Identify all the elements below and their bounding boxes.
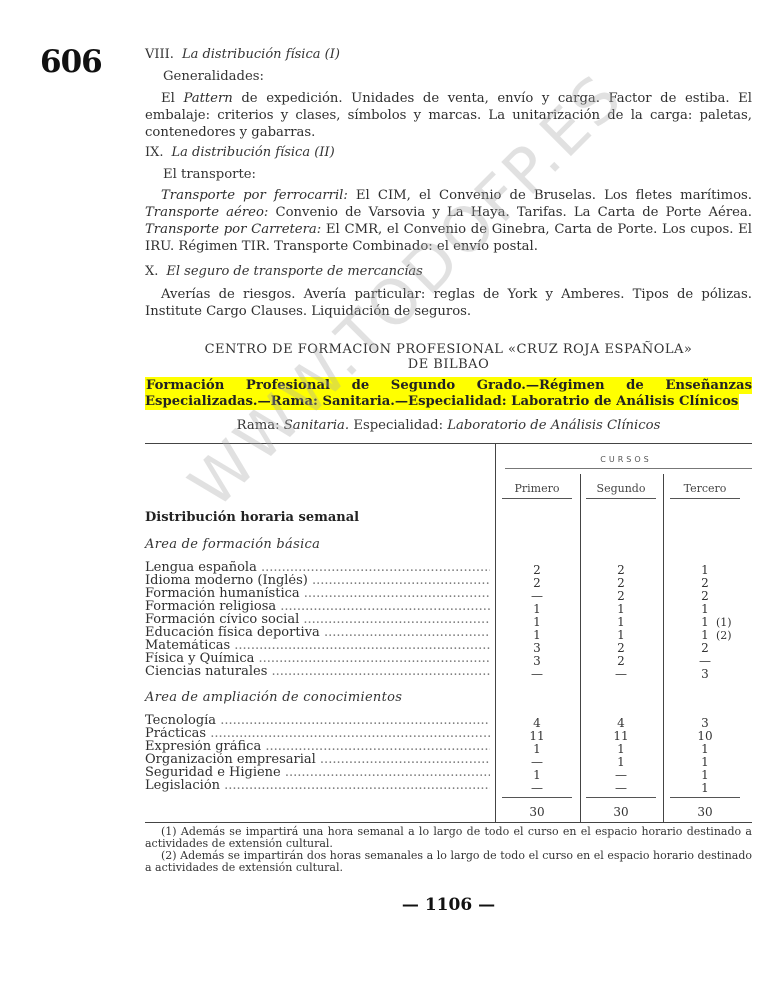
table-bottom-rule bbox=[145, 822, 752, 823]
rama-label: Rama: bbox=[237, 418, 280, 433]
italic-run: Transporte por ferrocarril: bbox=[161, 188, 348, 203]
text-run: El bbox=[161, 91, 183, 106]
footnote-ref: (2) bbox=[716, 629, 732, 642]
group-heading: Area de formación básica bbox=[145, 537, 320, 552]
table-cell: — bbox=[507, 668, 567, 681]
table-row-subject: Formación religiosa ....................… bbox=[145, 600, 490, 613]
page-header-number: 606 bbox=[40, 44, 102, 80]
table-row-subject: Ciencias naturales .....................… bbox=[145, 665, 490, 678]
especialidad-value: Laboratorio de Análisis Clínicos bbox=[447, 418, 660, 433]
subject-name: Prácticas bbox=[145, 727, 206, 740]
table-row-subject: Seguridad e Higiene ....................… bbox=[145, 766, 490, 779]
total-rule bbox=[670, 797, 740, 798]
table-row-subject: Organización empresarial ...............… bbox=[145, 753, 490, 766]
table-row-subject: Matemáticas ............................… bbox=[145, 639, 490, 652]
table-row-subject: Prácticas ..............................… bbox=[145, 727, 490, 740]
text-run: Averías de riesgos. Avería particular: r… bbox=[145, 287, 752, 319]
footnote-ref: (1) bbox=[716, 616, 732, 629]
center-title: CENTRO DE FORMACION PROFESIONAL «CRUZ RO… bbox=[145, 342, 752, 372]
especialidad-label: Especialidad: bbox=[353, 418, 443, 433]
subject-name: Formación humanística bbox=[145, 587, 300, 600]
italic-run: Transporte aéreo: bbox=[145, 205, 268, 220]
table-top-rule bbox=[145, 443, 752, 444]
center-title-line2: DE BILBAO bbox=[145, 357, 752, 372]
subject-name: Ciencias naturales bbox=[145, 665, 267, 678]
section-heading-ix: IX.La distribución física (II) bbox=[145, 145, 335, 160]
table-vline bbox=[663, 474, 664, 822]
subject-name: Seguridad e Higiene bbox=[145, 766, 281, 779]
subject-name: Idioma moderno (Inglés) bbox=[145, 574, 308, 587]
section-title: La distribución física (I) bbox=[182, 47, 340, 62]
leader-dots: ........................................… bbox=[276, 600, 490, 613]
section-heading-viii: VIII.La distribución física (I) bbox=[145, 47, 340, 62]
text-run: de expedición. Unidades de venta, envío … bbox=[145, 91, 752, 140]
footnote-1: (1) Además se impartirá una hora semanal… bbox=[145, 826, 752, 850]
text-run: Convenio de Varsovia y La Haya. Tarifas.… bbox=[268, 205, 752, 220]
cursos-label: CURSOS bbox=[500, 455, 752, 464]
column-header-rule bbox=[670, 498, 740, 499]
table-vline bbox=[495, 443, 496, 822]
rama-line: Rama: Sanitaria. Especialidad: Laborator… bbox=[145, 418, 752, 433]
leader-dots: ........................................… bbox=[254, 652, 490, 665]
section-body: Transporte por ferrocarril: El CIM, el C… bbox=[145, 187, 752, 255]
table-row-subject: Legislación ............................… bbox=[145, 779, 490, 792]
column-header-rule bbox=[586, 498, 656, 499]
subject-name: Organización empresarial bbox=[145, 753, 316, 766]
section-roman: IX. bbox=[145, 145, 164, 160]
subject-name: Legislación bbox=[145, 779, 220, 792]
table-row-subject: Formación humanística ..................… bbox=[145, 587, 490, 600]
section-heading-x: X.El seguro de transporte de mercancías bbox=[145, 264, 423, 279]
subject-name: Formación religiosa bbox=[145, 600, 276, 613]
table-row-subject: Formación cívico social ................… bbox=[145, 613, 490, 626]
footnote-2: (2) Además se impartirán dos horas seman… bbox=[145, 850, 752, 874]
subject-name: Formación cívico social bbox=[145, 613, 299, 626]
subject-name: Educación física deportiva bbox=[145, 626, 320, 639]
section-subtitle: El transporte: bbox=[163, 167, 256, 182]
subject-name: Física y Química bbox=[145, 652, 254, 665]
leader-dots: ........................................… bbox=[281, 766, 490, 779]
section-roman: X. bbox=[145, 264, 158, 279]
footnotes: (1) Además se impartirá una hora semanal… bbox=[145, 826, 752, 874]
leader-dots: ........................................… bbox=[299, 613, 490, 626]
column-header: Tercero bbox=[665, 482, 745, 495]
total-cell: 30 bbox=[675, 806, 735, 819]
subject-name: Lengua española bbox=[145, 561, 257, 574]
italic-run: Pattern bbox=[183, 91, 232, 106]
column-header: Segundo bbox=[581, 482, 661, 495]
section-body: El Pattern de expedición. Unidades de ve… bbox=[145, 90, 752, 141]
section-body: Averías de riesgos. Avería particular: r… bbox=[145, 286, 752, 320]
total-cell: 30 bbox=[591, 806, 651, 819]
cursos-rule bbox=[505, 468, 752, 469]
group-heading: Area de ampliación de conocimientos bbox=[145, 690, 402, 705]
table-vline bbox=[580, 474, 581, 822]
total-rule bbox=[502, 797, 572, 798]
table-cell: 3 bbox=[675, 668, 735, 681]
table-row-subject: Educación física deportiva .............… bbox=[145, 626, 490, 639]
section-title: La distribución física (II) bbox=[172, 145, 335, 160]
section-title: El seguro de transporte de mercancías bbox=[166, 264, 422, 279]
table-row-subject: Expresión gráfica ......................… bbox=[145, 740, 490, 753]
leader-dots: ........................................… bbox=[206, 727, 490, 740]
table-cell: 1 bbox=[675, 782, 735, 795]
table-row-subject: Idioma moderno (Inglés) ................… bbox=[145, 574, 490, 587]
total-rule bbox=[586, 797, 656, 798]
table-cell: — bbox=[591, 782, 651, 795]
leader-dots: ........................................… bbox=[320, 626, 490, 639]
total-cell: 30 bbox=[507, 806, 567, 819]
italic-run: Transporte por Carretera: bbox=[145, 222, 321, 237]
table-row-subject: Lengua española ........................… bbox=[145, 561, 490, 574]
subject-name: Expresión gráfica bbox=[145, 740, 261, 753]
leader-dots: ........................................… bbox=[308, 574, 490, 587]
column-header: Primero bbox=[497, 482, 577, 495]
table-title: Distribución horaria semanal bbox=[145, 510, 359, 525]
highlight: Formación Profesional de Segundo Grado.—… bbox=[145, 377, 752, 410]
leader-dots: ........................................… bbox=[316, 753, 490, 766]
rama-value: Sanitaria. bbox=[284, 418, 349, 433]
subject-name: Matemáticas bbox=[145, 639, 230, 652]
leader-dots: ........................................… bbox=[230, 639, 490, 652]
leader-dots: ........................................… bbox=[220, 779, 490, 792]
footer-page-number: — 1106 — bbox=[145, 895, 752, 915]
table-cell: — bbox=[507, 782, 567, 795]
leader-dots: ........................................… bbox=[300, 587, 490, 600]
section-roman: VIII. bbox=[145, 47, 174, 62]
table-cell: — bbox=[591, 668, 651, 681]
text-run: El CIM, el Convenio de Bruselas. Los fle… bbox=[348, 188, 752, 203]
leader-dots: ........................................… bbox=[267, 665, 490, 678]
leader-dots: ........................................… bbox=[216, 714, 490, 727]
table-row-subject: Física y Química .......................… bbox=[145, 652, 490, 665]
highlighted-program-text: Formación Profesional de Segundo Grado.—… bbox=[145, 378, 752, 410]
subject-name: Tecnología bbox=[145, 714, 216, 727]
section-subtitle: Generalidades: bbox=[163, 69, 264, 84]
column-header-rule bbox=[502, 498, 572, 499]
table-row-subject: Tecnología .............................… bbox=[145, 714, 490, 727]
leader-dots: ........................................… bbox=[257, 561, 490, 574]
center-title-line1: CENTRO DE FORMACION PROFESIONAL «CRUZ RO… bbox=[145, 342, 752, 357]
leader-dots: ........................................… bbox=[261, 740, 490, 753]
